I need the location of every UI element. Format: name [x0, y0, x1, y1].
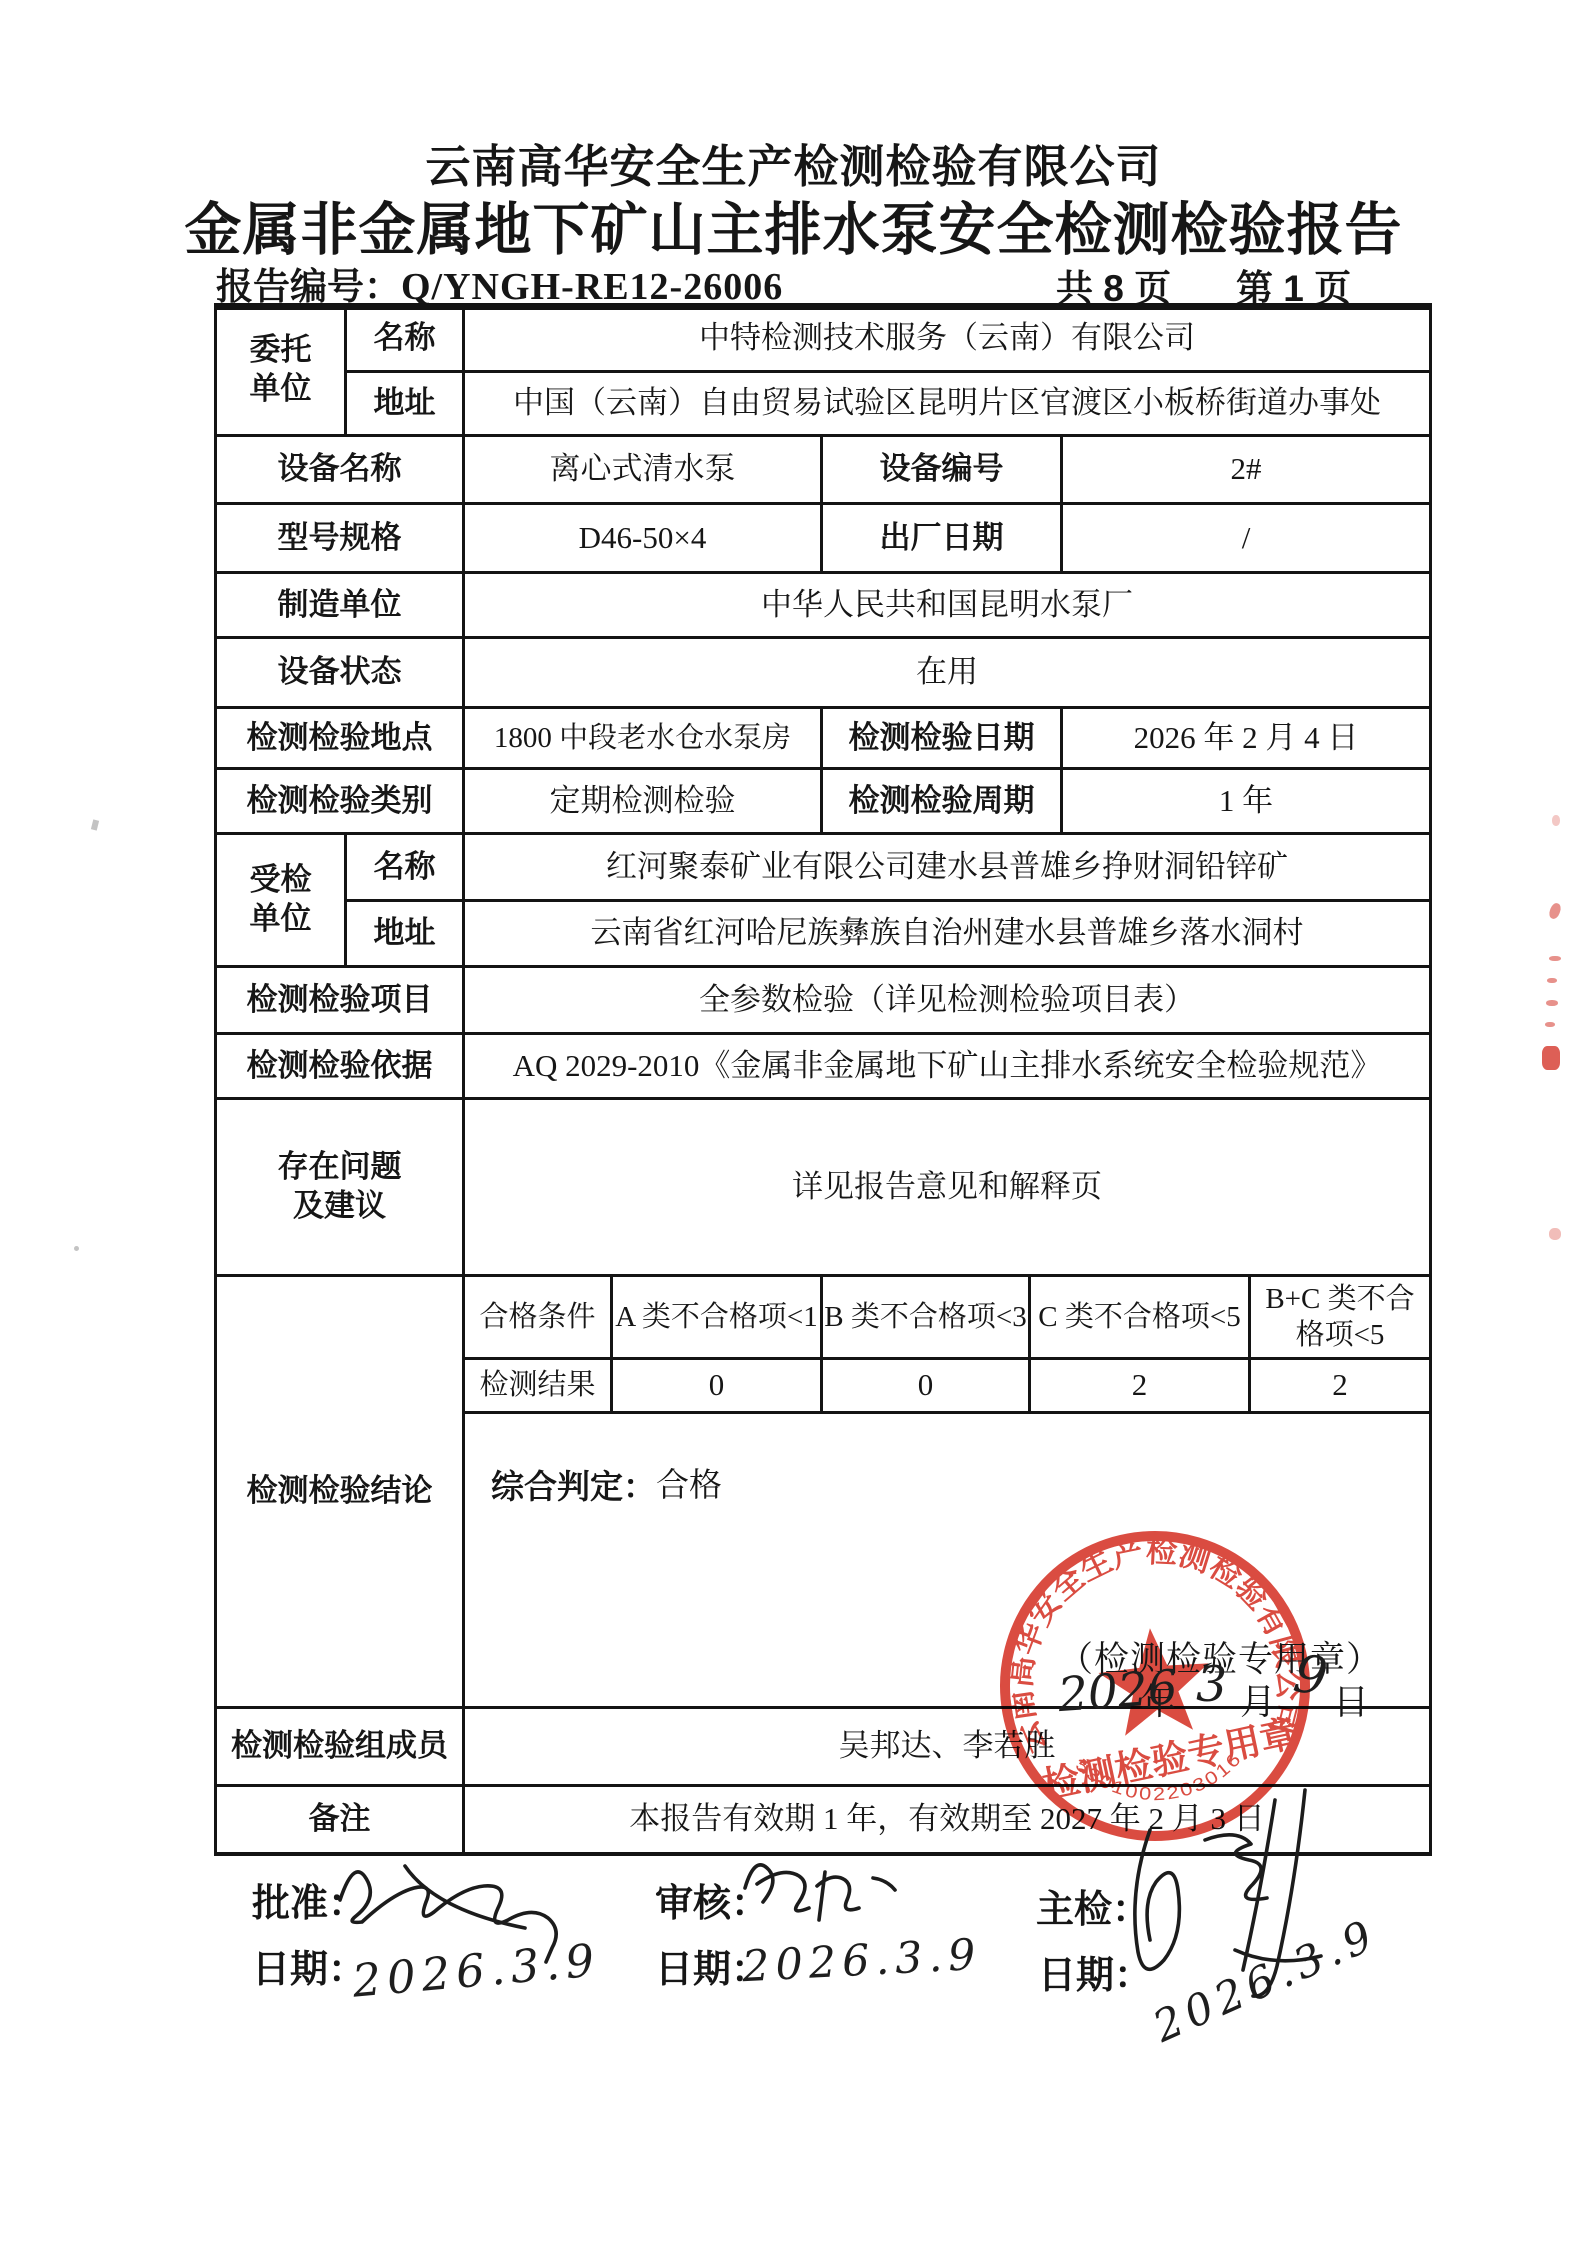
table-right-border — [1429, 303, 1432, 1856]
verdict-value: 合格 — [656, 1466, 722, 1507]
maker-label: 制造单位 — [214, 571, 462, 636]
basis-label: 检测检验依据 — [214, 1032, 462, 1097]
chief-signature-stroke3 — [1243, 1800, 1275, 1970]
device-name-label: 设备名称 — [214, 434, 462, 502]
device-no-value: 2# — [1060, 434, 1429, 502]
ink-mark — [1542, 1046, 1560, 1070]
result-c: 2 — [1028, 1357, 1248, 1411]
cond-head-c: C 类不合格项<5 — [1028, 1274, 1248, 1357]
insp-date-value: 2026 年 2 月 4 日 — [1060, 706, 1429, 767]
entrust-addr-label: 地址 — [344, 370, 462, 434]
signatures-layer — [200, 1770, 1400, 2070]
entrust-addr-value: 中国（云南）自由贸易试验区昆明片区官渡区小板桥街道办事处 — [462, 370, 1429, 434]
ink-mark — [1548, 902, 1563, 920]
date-day-char: 日 — [1333, 1674, 1369, 1725]
ink-mark — [1546, 1000, 1558, 1006]
ink-mark — [1547, 978, 1557, 983]
cond-head-bc: B+C 类不合格项<5 — [1248, 1274, 1429, 1357]
page-title: 金属非金属地下矿山主排水泵安全检测检验报告 — [0, 184, 1587, 266]
inspected-addr-label: 地址 — [344, 899, 462, 965]
handwritten-month: 3 — [1196, 1656, 1227, 1713]
insp-place-value: 1800 中段老水仓水泵房 — [462, 706, 820, 767]
cond-head-b: B 类不合格项<3 — [820, 1274, 1028, 1357]
ink-mark — [1549, 1228, 1561, 1240]
insp-cycle-label: 检测检验周期 — [820, 767, 1060, 832]
model-label: 型号规格 — [214, 502, 462, 571]
mfg-date-label: 出厂日期 — [820, 502, 1060, 571]
table-top-border — [214, 303, 1432, 310]
mfg-date-value: / — [1060, 502, 1429, 571]
maker-value: 中华人民共和国昆明水泵厂 — [462, 571, 1429, 636]
handwritten-year: 2026 — [1056, 1660, 1179, 1723]
ink-mark — [1552, 815, 1560, 826]
report-number-value: Q/YNGH-RE12-26006 — [401, 266, 783, 308]
insp-type-label: 检测检验类别 — [214, 767, 462, 832]
report-page: 云南高华安全生产检测检验有限公司 金属非金属地下矿山主排水泵安全检测检验报告 报… — [0, 0, 1587, 2244]
device-no-label: 设备编号 — [820, 434, 1060, 502]
approve-signature — [340, 1872, 556, 1962]
items-value: 全参数检验（详见检测检验项目表） — [462, 965, 1429, 1032]
entrust-group-label: 委托单位 — [214, 303, 344, 434]
inspected-name-label: 名称 — [344, 832, 462, 899]
inspected-addr-value: 云南省红河哈尼族彝族自治州建水县普雄乡落水洞村 — [462, 899, 1429, 965]
cond-label: 合格条件 — [462, 1274, 610, 1357]
model-value: D46-50×4 — [462, 502, 820, 571]
entrust-name-label: 名称 — [344, 303, 462, 370]
insp-type-value: 定期检测检验 — [462, 767, 820, 832]
problems-value: 详见报告意见和解释页 — [462, 1097, 1429, 1274]
inspected-group-label: 受检单位 — [214, 832, 344, 965]
device-name-value: 离心式清水泵 — [462, 434, 820, 502]
chief-signature-stroke2 — [1205, 1835, 1267, 1900]
result-label: 检测结果 — [462, 1357, 610, 1411]
inspected-name-value: 红河聚泰矿业有限公司建水县普雄乡挣财洞铅锌矿 — [462, 832, 1429, 899]
insp-date-label: 检测检验日期 — [820, 706, 1060, 767]
report-number-label: 报告编号： — [216, 266, 401, 307]
chief-signature — [1135, 1830, 1180, 1969]
scan-artifact — [74, 1246, 79, 1251]
insp-cycle-value: 1 年 — [1060, 767, 1429, 832]
date-month-char: 月 — [1240, 1674, 1276, 1725]
review-signature — [745, 1865, 895, 1920]
result-b: 0 — [820, 1357, 1028, 1411]
status-label: 设备状态 — [214, 636, 462, 706]
cond-head-a: A 类不合格项<1 — [610, 1274, 820, 1357]
problems-label: 存在问题及建议 — [214, 1097, 462, 1274]
status-value: 在用 — [462, 636, 1429, 706]
result-a: 0 — [610, 1357, 820, 1411]
items-label: 检测检验项目 — [214, 965, 462, 1032]
result-bc: 2 — [1248, 1357, 1429, 1411]
conclusion-label: 检测检验结论 — [214, 1274, 462, 1706]
ink-mark — [1549, 956, 1561, 961]
verdict-label: 综合判定： — [491, 1466, 656, 1507]
scan-artifact — [91, 819, 99, 830]
chief-signature-stroke4 — [1253, 1790, 1305, 1996]
ink-mark — [1545, 1022, 1555, 1027]
entrust-name-value: 中特检测技术服务（云南）有限公司 — [462, 303, 1429, 370]
basis-value: AQ 2029-2010《金属非金属地下矿山主排水系统安全检验规范》 — [462, 1032, 1429, 1097]
report-number-line: 报告编号：Q/YNGH-RE12-26006 — [216, 256, 783, 310]
insp-place-label: 检测检验地点 — [214, 706, 462, 767]
